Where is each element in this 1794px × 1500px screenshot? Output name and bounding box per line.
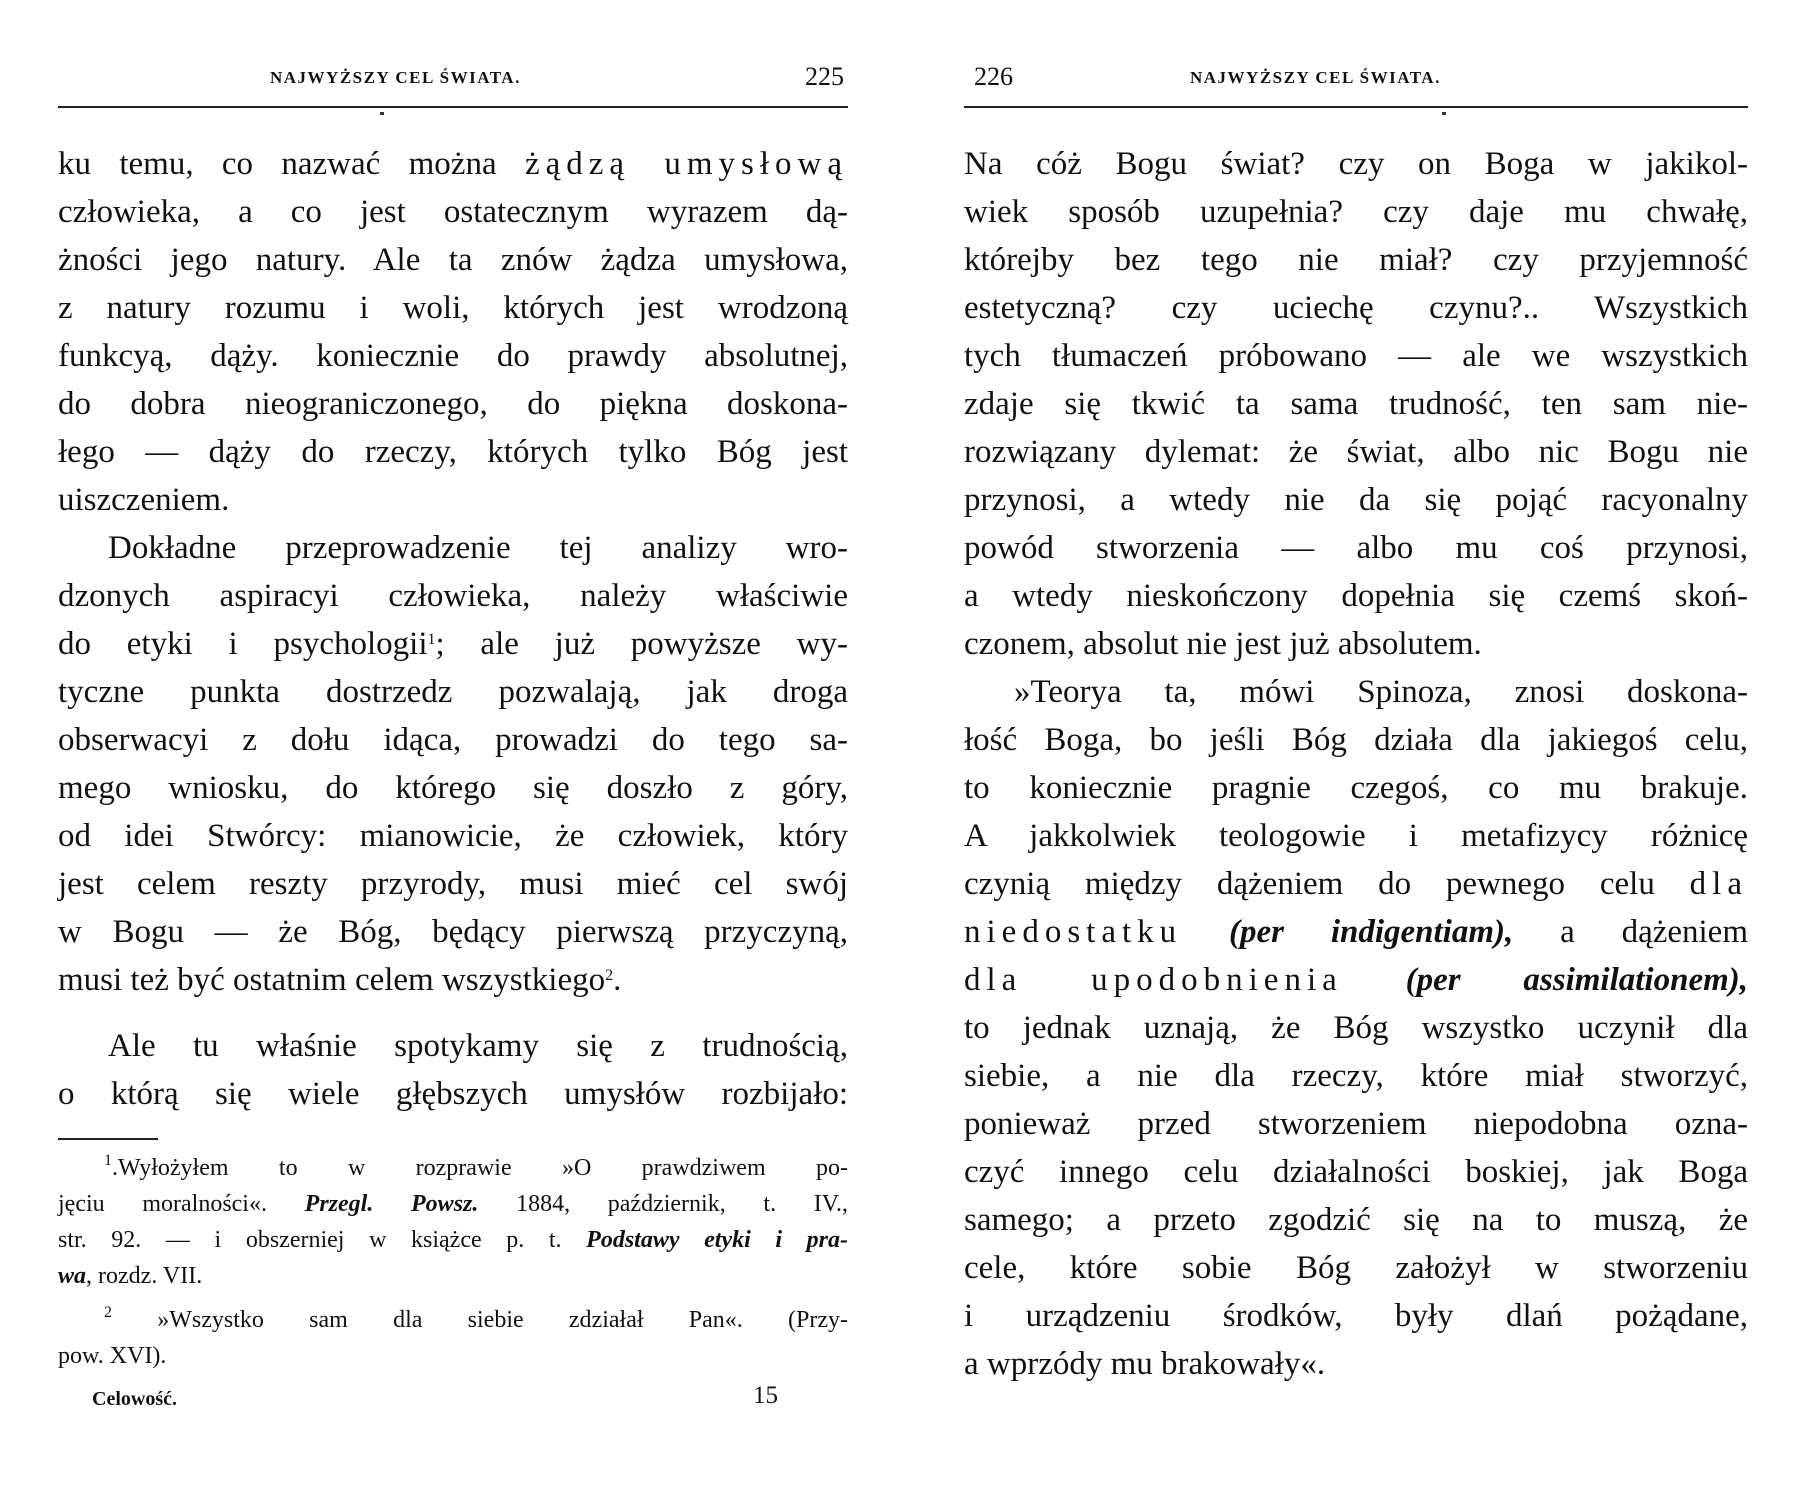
rule-mark — [380, 112, 384, 115]
text-line: wiek sposób uzupełnia? czy daje mu chwał… — [964, 188, 1748, 236]
text-line: cele, które sobie Bóg założył w stworzen… — [964, 1244, 1748, 1292]
spaced-emphasis: żądzą umysłową — [525, 146, 848, 182]
running-title: NAJWYŻSZY CEL ŚWIATA. — [1190, 68, 1441, 88]
latin-phrase: (per indigentiam), — [1229, 914, 1513, 950]
footnote-2-line: pow. XVI). — [58, 1338, 848, 1374]
header-rule — [964, 106, 1748, 108]
text-line: dla upodobnienia (per assimilationem), — [964, 956, 1748, 1004]
text-line: obserwacyi z dołu idąca, prowadzi do teg… — [58, 716, 848, 764]
text-line: czyć innego celu działalności boskiej, j… — [964, 1148, 1748, 1196]
text-line: niedostatku (per indigentiam), a dążenie… — [964, 908, 1748, 956]
text-line: i urządzeniu środków, były dlań pożądane… — [964, 1292, 1748, 1340]
text-line: dzonych aspiracyi człowieka, należy właś… — [58, 572, 848, 620]
text-line: uiszczeniem. — [58, 476, 848, 524]
footnote-1-line: wa, rozdz. VII. — [58, 1258, 848, 1294]
footnote-1-line: str. 92. — i obszerniej w książce p. t. … — [58, 1222, 848, 1258]
footnotes: 1.Wyłożyłem to w rozprawie »O prawdziwem… — [58, 1150, 848, 1374]
text-line: czynią między dążeniem do pewnego celu d… — [964, 860, 1748, 908]
text-line: o którą się wiele głębszych umysłów rozb… — [58, 1070, 848, 1118]
text-line: samego; a przeto zgodzić się na to muszą… — [964, 1196, 1748, 1244]
spaced-emphasis: dla upodobnienia — [964, 962, 1343, 998]
text-line: A jakkolwiek teologowie i metafizycy róż… — [964, 812, 1748, 860]
text-line: do etyki i psychologii1; ale już powyższ… — [58, 620, 848, 668]
text-line: funkcyą, dąży. koniecznie do prawdy abso… — [58, 332, 848, 380]
text-line: to jednak uznają, że Bóg wszystko uczyni… — [964, 1004, 1748, 1052]
text-line: Dokładne przeprowadzenie tej analizy wro… — [58, 524, 848, 572]
text-line: z natury rozumu i woli, których jest wro… — [58, 284, 848, 332]
text-line: jest celem reszty przyrody, musi mieć ce… — [58, 860, 848, 908]
right-page: 226 NAJWYŻSZY CEL ŚWIATA. Na cóż Bogu św… — [964, 0, 1748, 1500]
text-line: »Teorya ta, mówi Spinoza, znosi doskona- — [964, 668, 1748, 716]
spaced-emphasis: niedostatku — [964, 914, 1182, 950]
text-line: łość Boga, bo jeśli Bóg działa dla jakie… — [964, 716, 1748, 764]
page-number: 225 — [805, 62, 844, 92]
text-line: czonem, absolut nie jest już absolutem. — [964, 620, 1748, 668]
text-line: którejby bez tego nie miał? czy przyjemn… — [964, 236, 1748, 284]
rule-mark — [1442, 112, 1446, 115]
body-text: Na cóż Bogu świat? czy on Boga w jakikol… — [964, 140, 1748, 1388]
text-line: siebie, a nie dla rzeczy, które miał stw… — [964, 1052, 1748, 1100]
text-line: żności jego natury. Ale ta znów żądza um… — [58, 236, 848, 284]
footnote-rule — [58, 1138, 158, 1140]
text-line: tyczne punkta dostrzedz pozwalają, jak d… — [58, 668, 848, 716]
sheet-number: 15 — [753, 1382, 778, 1410]
text-line: musi też być ostatnim celem wszystkiego2… — [58, 956, 848, 1004]
signature-mark: Celowość. — [92, 1388, 177, 1411]
header-rule — [58, 106, 848, 108]
text-line: łego — dąży do rzeczy, których tylko Bóg… — [58, 428, 848, 476]
text-line: ku temu, co nazwać można żądzą umysłową — [58, 140, 848, 188]
footnote-1-line: jęciu moralności«. Przegl. Powsz. 1884, … — [58, 1186, 848, 1222]
text-line: od idei Stwórcy: mianowicie, że człowiek… — [58, 812, 848, 860]
text-line: przynosi, a wtedy nie da się pojąć racyo… — [964, 476, 1748, 524]
footnote-2: 2 »Wszystko sam dla siebie zdziałał Pan«… — [58, 1302, 848, 1338]
left-page: NAJWYŻSZY CEL ŚWIATA. 225 ku temu, co na… — [58, 0, 848, 1500]
text-line: Na cóż Bogu świat? czy on Boga w jakikol… — [964, 140, 1748, 188]
running-header: 226 NAJWYŻSZY CEL ŚWIATA. — [964, 62, 1748, 92]
running-header: NAJWYŻSZY CEL ŚWIATA. 225 — [58, 62, 848, 92]
text-line: zdaje się tkwić ta sama trudność, ten sa… — [964, 380, 1748, 428]
latin-phrase: (per assimilationem), — [1406, 962, 1748, 998]
text-line: mego wniosku, do którego się doszło z gó… — [58, 764, 848, 812]
running-title: NAJWYŻSZY CEL ŚWIATA. — [270, 68, 521, 88]
text-line: estetyczną? czy uciechę czynu?.. Wszystk… — [964, 284, 1748, 332]
text-line: Ale tu właśnie spotykamy się z trudności… — [58, 1022, 848, 1070]
footnote-ref[interactable]: 2 — [605, 967, 613, 984]
text-line: to koniecznie pragnie czegoś, co mu brak… — [964, 764, 1748, 812]
text-line: a wtedy nieskończony dopełnia się czemś … — [964, 572, 1748, 620]
text-line: tych tłumaczeń próbowano — ale we wszyst… — [964, 332, 1748, 380]
body-text: ku temu, co nazwać można żądzą umysłową … — [58, 140, 848, 1118]
text-line: ponieważ przed stworzeniem niepodobna oz… — [964, 1100, 1748, 1148]
text-line: rozwiązany dylemat: że świat, albo nic B… — [964, 428, 1748, 476]
page-number: 226 — [974, 62, 1013, 92]
text-line: w Bogu — że Bóg, będący pierwszą przyczy… — [58, 908, 848, 956]
footnote-1: 1.Wyłożyłem to w rozprawie »O prawdziwem… — [58, 1150, 848, 1186]
spaced-emphasis: dla — [1690, 866, 1748, 902]
text-line: do dobra nieograniczonego, do piękna dos… — [58, 380, 848, 428]
text-line: powód stworzenia — albo mu coś przynosi, — [964, 524, 1748, 572]
text-line: a wprzódy mu brakowały«. — [964, 1340, 1748, 1388]
text-line: człowieka, a co jest ostatecznym wyrazem… — [58, 188, 848, 236]
